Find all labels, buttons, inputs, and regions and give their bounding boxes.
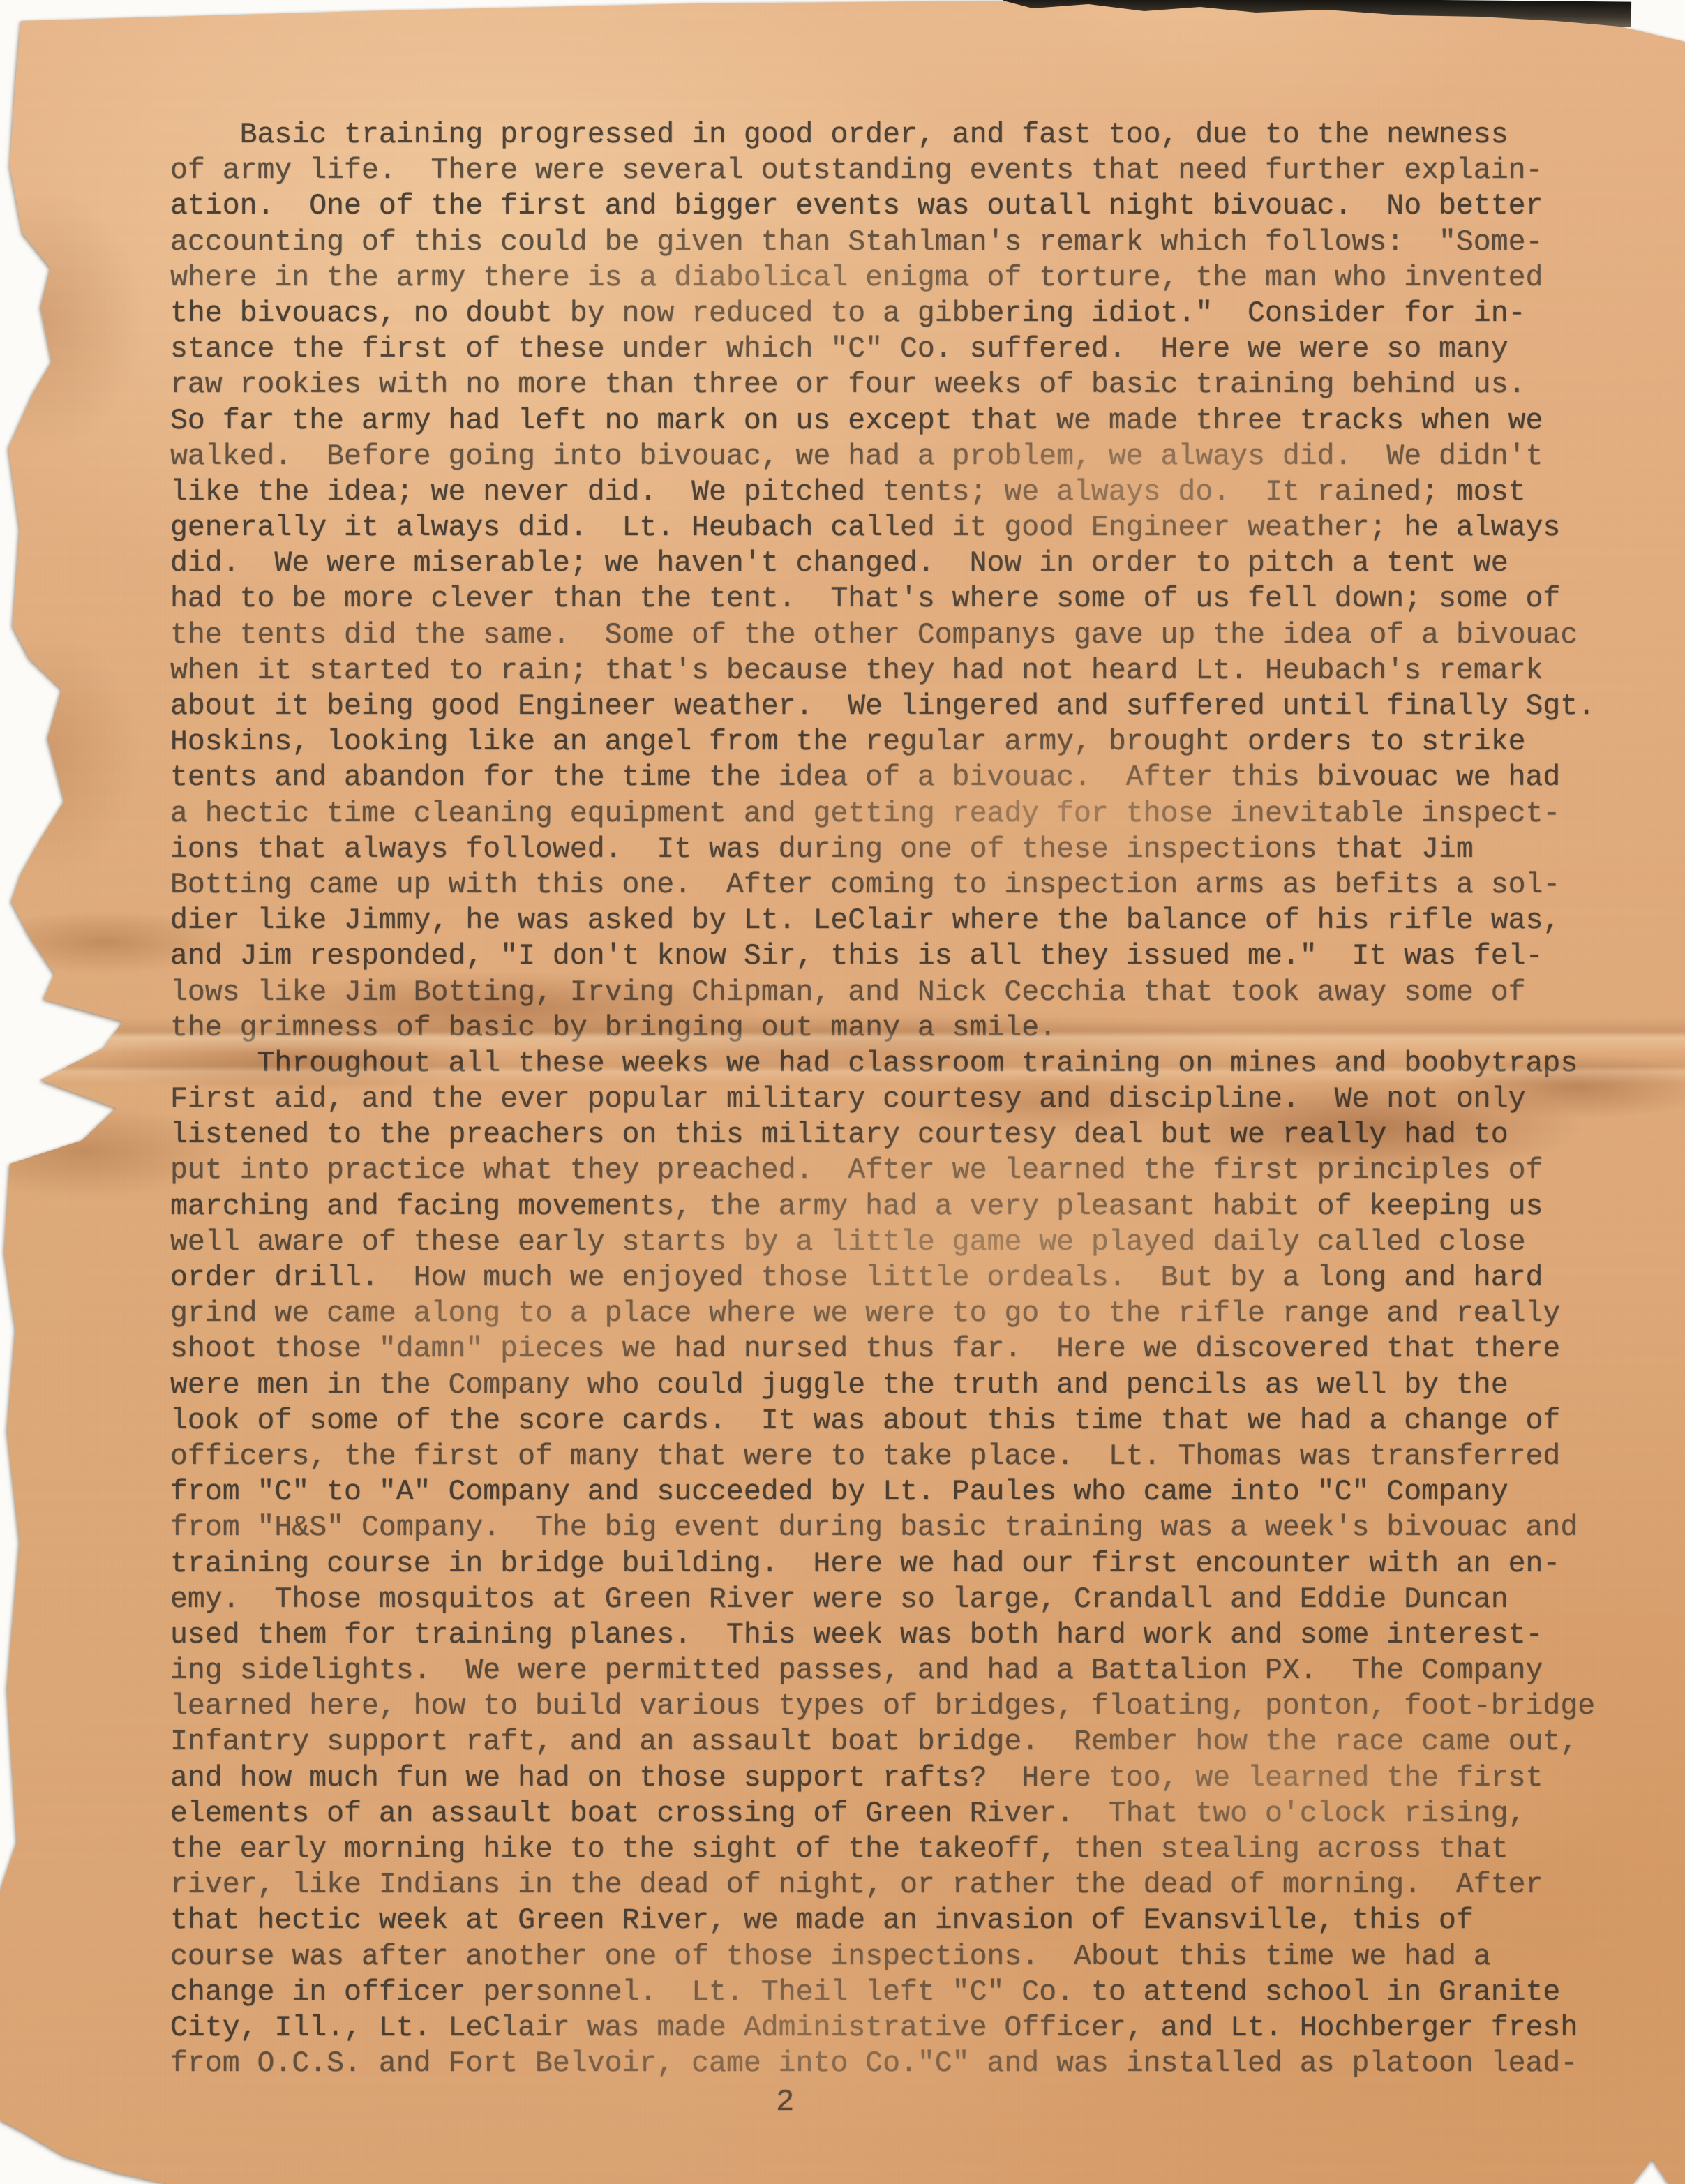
text-line: change in officer personnel. Lt. Theil l… xyxy=(170,1975,1649,2010)
text-line: course was after another one of those in… xyxy=(170,1939,1649,1975)
text-line: where in the army there is a diabolical … xyxy=(170,260,1649,296)
text-line: walked. Before going into bivouac, we ha… xyxy=(170,439,1649,474)
text-line: were men in the Company who could juggle… xyxy=(170,1368,1649,1403)
text-line: a hectic time cleaning equipment and get… xyxy=(170,796,1649,832)
text-line: when it started to rain; that's because … xyxy=(170,653,1649,689)
text-line: Botting came up with this one. After com… xyxy=(170,867,1649,903)
text-line: river, like Indians in the dead of night… xyxy=(170,1867,1649,1903)
text-line: dier like Jimmy, he was asked by Lt. LeC… xyxy=(170,903,1649,938)
text-line: tents and abandon for the time the idea … xyxy=(170,760,1649,795)
text-line: elements of an assault boat crossing of … xyxy=(170,1796,1649,1832)
text-line: and Jim responded, "I don't know Sir, th… xyxy=(170,938,1649,974)
text-line: Hoskins, looking like an angel from the … xyxy=(170,724,1649,760)
text-line: grind we came along to a place where we … xyxy=(170,1296,1649,1331)
text-line: the grimness of basic by bringing out ma… xyxy=(170,1010,1649,1046)
text-line: shoot those "damn" pieces we had nursed … xyxy=(170,1331,1649,1367)
paper-shadow-wrap: Basic training progressed in good order,… xyxy=(0,0,1685,2184)
text-line: the tents did the same. Some of the othe… xyxy=(170,618,1649,653)
text-line: from O.C.S. and Fort Belvoir, came into … xyxy=(170,2046,1649,2081)
page-number: 2 xyxy=(776,2085,794,2120)
text-line: So far the army had left no mark on us e… xyxy=(170,403,1649,439)
text-line: from "H&S" Company. The big event during… xyxy=(170,1510,1649,1546)
text-line: First aid, and the ever popular military… xyxy=(170,1082,1649,1117)
text-line: and how much fun we had on those support… xyxy=(170,1760,1649,1796)
text-line: look of some of the score cards. It was … xyxy=(170,1403,1649,1439)
text-line: the early morning hike to the sight of t… xyxy=(170,1832,1649,1867)
text-line: emy. Those mosquitos at Green River were… xyxy=(170,1582,1649,1617)
text-line: ions that always followed. It was during… xyxy=(170,832,1649,867)
text-line: order drill. How much we enjoyed those l… xyxy=(170,1260,1649,1296)
text-line: like the idea; we never did. We pitched … xyxy=(170,474,1649,510)
text-line: Throughout all these weeks we had classr… xyxy=(170,1046,1649,1082)
text-line: used them for training planes. This week… xyxy=(170,1617,1649,1653)
text-line: ation. One of the first and bigger event… xyxy=(170,188,1649,224)
text-line: that hectic week at Green River, we made… xyxy=(170,1903,1649,1938)
text-line: the bivouacs, no doubt by now reduced to… xyxy=(170,296,1649,331)
text-line: about it being good Engineer weather. We… xyxy=(170,689,1649,724)
text-line: well aware of these early starts by a li… xyxy=(170,1225,1649,1260)
text-line: officers, the first of many that were to… xyxy=(170,1439,1649,1474)
text-line: listened to the preachers on this milita… xyxy=(170,1117,1649,1153)
text-line: lows like Jim Botting, Irving Chipman, a… xyxy=(170,975,1649,1010)
text-line: Infantry support raft, and an assault bo… xyxy=(170,1724,1649,1760)
text-line: accounting of this could be given than S… xyxy=(170,225,1649,260)
text-line: City, Ill., Lt. LeClair was made Adminis… xyxy=(170,2010,1649,2046)
text-line: ing sidelights. We were permitted passes… xyxy=(170,1653,1649,1689)
text-line: raw rookies with no more than three or f… xyxy=(170,367,1649,403)
text-line: generally it always did. Lt. Heubach cal… xyxy=(170,510,1649,546)
scanned-page: Basic training progressed in good order,… xyxy=(0,0,1685,2184)
text-line: stance the first of these under which "C… xyxy=(170,331,1649,367)
text-line: training course in bridge building. Here… xyxy=(170,1546,1649,1582)
paper-sheet: Basic training progressed in good order,… xyxy=(0,0,1685,2184)
typed-text-body: Basic training progressed in good order,… xyxy=(170,117,1649,2081)
text-line: Basic training progressed in good order,… xyxy=(170,117,1649,153)
text-line: had to be more clever than the tent. Tha… xyxy=(170,581,1649,617)
text-line: did. We were miserable; we haven't chang… xyxy=(170,546,1649,581)
text-line: marching and facing movements, the army … xyxy=(170,1189,1649,1225)
text-line: from "C" to "A" Company and succeeded by… xyxy=(170,1474,1649,1510)
text-line: learned here, how to build various types… xyxy=(170,1689,1649,1724)
text-line: put into practice what they preached. Af… xyxy=(170,1153,1649,1188)
text-line: of army life. There were several outstan… xyxy=(170,153,1649,188)
